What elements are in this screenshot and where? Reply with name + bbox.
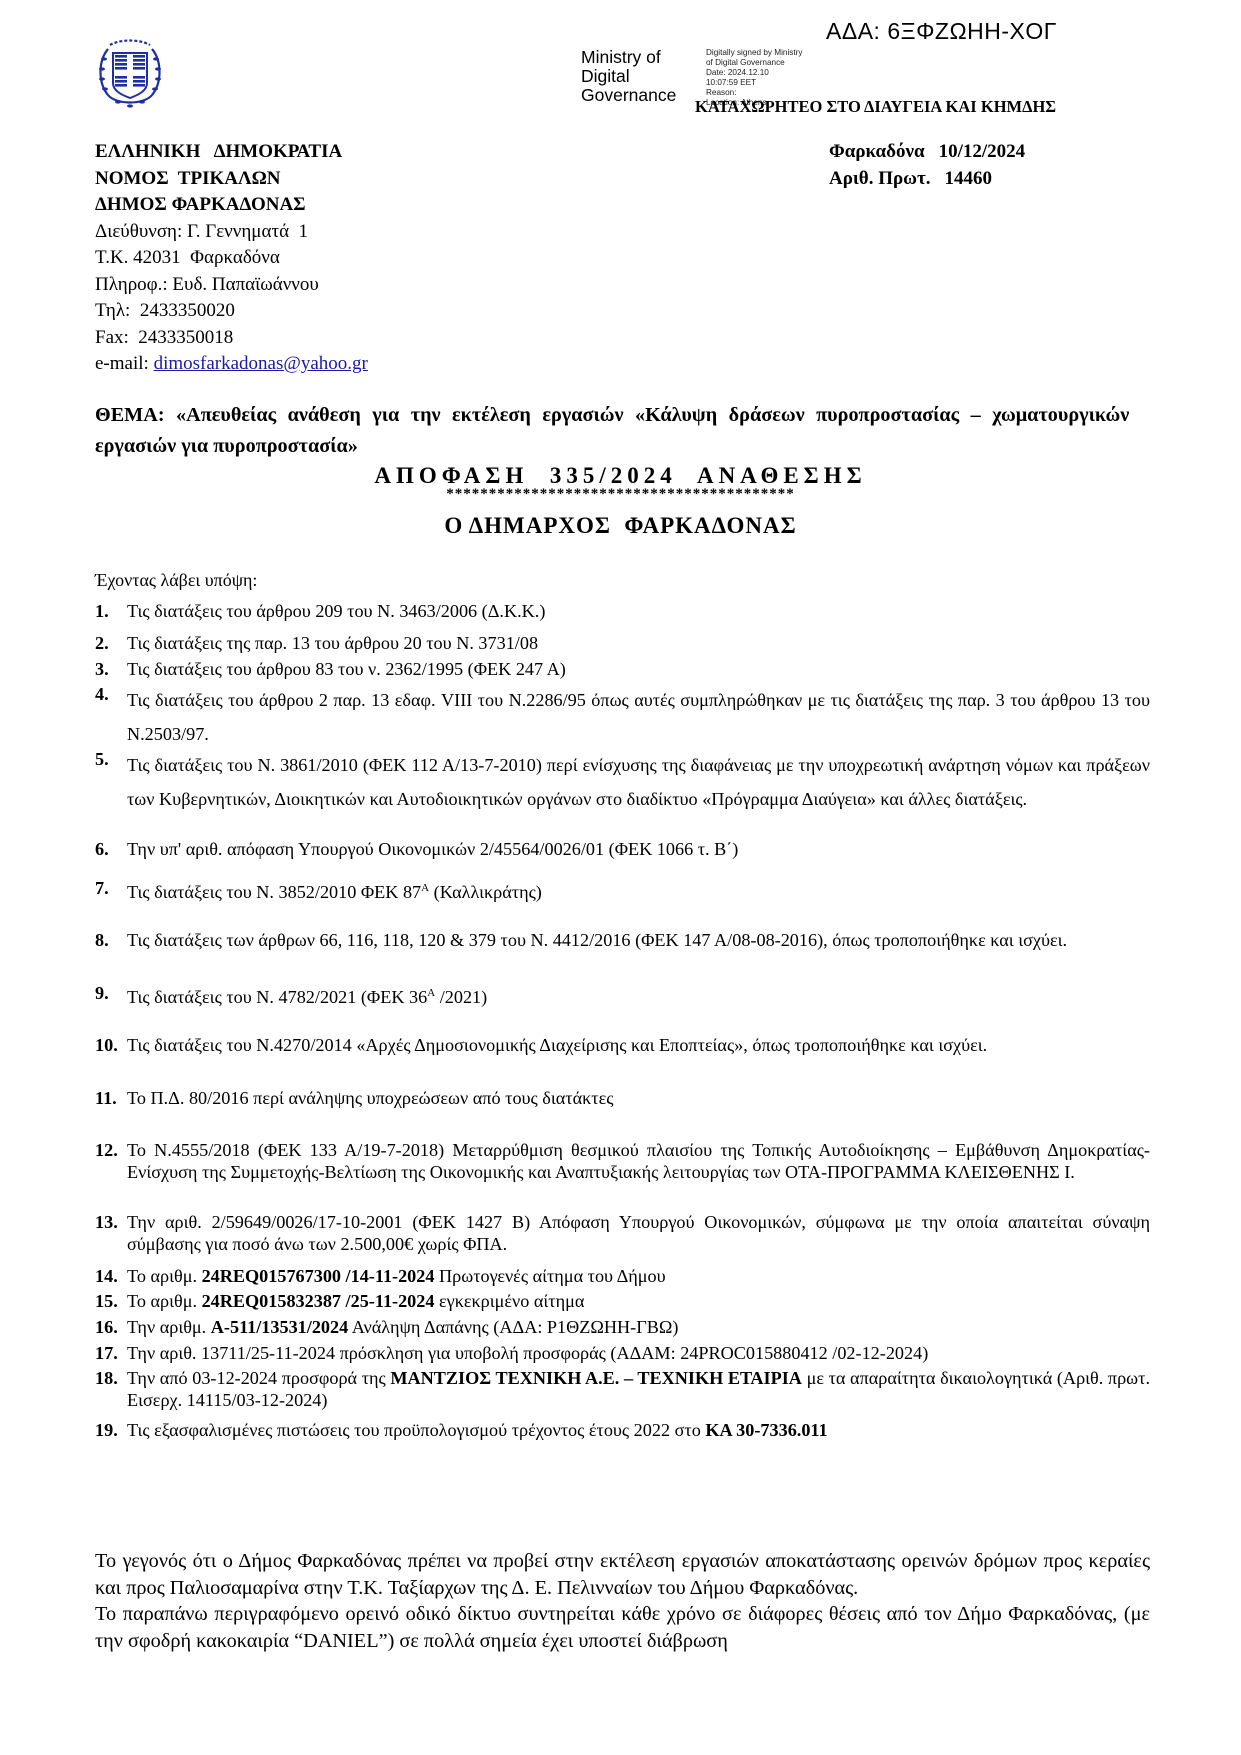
item-reference: Α-511/13531/2024 [211, 1317, 348, 1337]
digital-signature-ministry: Ministry of Digital Governance [581, 48, 676, 105]
item-number: 11. [95, 1087, 117, 1109]
consideration-item: 10.Τις διατάξεις του Ν.4270/2014 «Αρχές … [95, 1034, 1150, 1056]
item-number: 15. [95, 1290, 118, 1312]
item-number: 7. [95, 877, 109, 899]
consideration-item: 1.Τις διατάξεις του άρθρου 209 του Ν. 34… [95, 600, 1150, 622]
item-text: Τις διατάξεις της παρ. 13 του άρθρου 20 … [127, 632, 1150, 654]
item-reference: ΜΑΝΤΖΙΟΣ ΤΕΧΝΙΚΗ Α.Ε. – ΤΕΧΝΙΚΗ ΕΤΑΙΡΙΑ [390, 1368, 802, 1388]
sender-block: ΕΛΛΗΝΙΚΗ ΔΗΜΟΚΡΑΤΙΑ ΝΟΜΟΣ ΤΡΙΚΑΛΩΝ ΔΗΜΟΣ… [95, 139, 368, 378]
item-number: 13. [95, 1211, 118, 1233]
item-number: 17. [95, 1342, 118, 1364]
considerations-intro: Έχοντας λάβει υπόψη: [95, 570, 257, 591]
consideration-item: 12.Το Ν.4555/2018 (ΦΕΚ 133 Α/19-7-2018) … [95, 1139, 1150, 1183]
item-text: Την υπ' αριθ. απόφαση Υπουργού Οικονομικ… [127, 838, 1150, 860]
item-number: 9. [95, 982, 109, 1004]
body-text: Το γεγονός ότι ο Δήμος Φαρκαδόνας πρέπει… [95, 1548, 1150, 1654]
body-paragraph: Το γεγονός ότι ο Δήμος Φαρκαδόνας πρέπει… [95, 1548, 1150, 1601]
item-number: 6. [95, 838, 109, 860]
sender-prefecture: ΝΟΜΟΣ ΤΡΙΚΑΛΩΝ [95, 166, 368, 193]
email-label: e-mail: [95, 353, 154, 374]
decision-divider: ****************************************… [0, 487, 1241, 501]
sender-postal: Τ.Κ. 42031 Φαρκαδόνα [95, 245, 368, 272]
consideration-item: 17.Την αριθ. 13711/25-11-2024 πρόσκληση … [95, 1342, 1150, 1364]
body-paragraph: Το παραπάνω περιγραφόμενο ορεινό οδικό δ… [95, 1601, 1150, 1654]
item-text: Τις διατάξεις του Ν.4270/2014 «Αρχές Δημ… [127, 1034, 1150, 1056]
item-text: Την αριθμ. Α-511/13531/2024 Ανάληψη Δαπά… [127, 1316, 1150, 1338]
item-text: Τις διατάξεις των άρθρων 66, 116, 118, 1… [127, 929, 1150, 951]
signature-line: Digitally signed by Ministry [706, 48, 802, 58]
sender-address: Διεύθυνση: Γ. Γεννηματά 1 [95, 219, 368, 246]
sender-phone: Τηλ: 2433350020 [95, 298, 368, 325]
superscript: Α [427, 987, 435, 999]
item-text: Το αριθμ. 24REQ015832387 /25-11-2024 εγκ… [127, 1290, 1150, 1312]
item-number: 2. [95, 632, 109, 654]
superscript: Α [421, 882, 429, 894]
protocol-number: 14460 [945, 168, 993, 189]
item-text: Τις διατάξεις του άρθρου 209 του Ν. 3463… [127, 600, 1150, 622]
issuing-authority: Ο ΔΗΜΑΡΧΟΣ ΦΑΡΚΑΔΟΝΑΣ [0, 513, 1241, 539]
item-text: Τις διατάξεις του άρθρου 83 του ν. 2362/… [127, 658, 1150, 680]
consideration-item: 19.Τις εξασφαλισμένες πιστώσεις του προϋ… [95, 1419, 1150, 1441]
email-link[interactable]: dimosfarkadonas@yahoo.gr [154, 353, 368, 374]
item-text: Το Ν.4555/2018 (ΦΕΚ 133 Α/19-7-2018) Μετ… [127, 1139, 1150, 1183]
consideration-item: 16.Την αριθμ. Α-511/13531/2024 Ανάληψη Δ… [95, 1316, 1150, 1338]
item-text: Το Π.Δ. 80/2016 περί ανάληψης υποχρεώσεω… [127, 1087, 1150, 1109]
consideration-item: 11.Το Π.Δ. 80/2016 περί ανάληψης υποχρεώ… [95, 1087, 1150, 1109]
item-number: 5. [95, 748, 109, 770]
item-number: 19. [95, 1419, 118, 1441]
item-text: Το αριθμ. 24REQ015767300 /14-11-2024 Πρω… [127, 1265, 1150, 1287]
consideration-item: 14.Το αριθμ. 24REQ015767300 /14-11-2024 … [95, 1265, 1150, 1287]
sender-municipality: ΔΗΜΟΣ ΦΑΡΚΑΔΟΝΑΣ [95, 192, 368, 219]
item-text: Την αριθ. 13711/25-11-2024 πρόσκληση για… [127, 1342, 1150, 1364]
ministry-line: Governance [581, 86, 676, 105]
consideration-item: 2.Τις διατάξεις της παρ. 13 του άρθρου 2… [95, 632, 1150, 654]
item-number: 14. [95, 1265, 118, 1287]
sender-email-row: e-mail: dimosfarkadonas@yahoo.gr [95, 351, 368, 378]
item-number: 1. [95, 600, 109, 622]
signature-line: of Digital Governance [706, 58, 802, 68]
consideration-item: 6.Την υπ' αριθ. απόφαση Υπουργού Οικονομ… [95, 838, 1150, 860]
ada-code: ΑΔΑ: 6ΞΦΖΩΗΗ-ΧΟΓ [826, 18, 1057, 45]
subject: ΘΕΜΑ: «Απευθείας ανάθεση για την εκτέλεσ… [95, 400, 1129, 462]
item-reference: 24REQ015832387 /25-11-2024 [202, 1291, 435, 1311]
item-number: 16. [95, 1316, 118, 1338]
consideration-item: 3.Τις διατάξεις του άρθρου 83 του ν. 236… [95, 658, 1150, 680]
item-text: Τις διατάξεις του Ν. 4782/2021 (ΦΕΚ 36Α … [127, 982, 1150, 1008]
registration-note: ΚΑΤΑΧΩΡΗΤΕΟ ΣΤΟ ΔΙΑΥΓΕΙΑ ΚΑΙ ΚΗΜΔΗΣ [695, 97, 1056, 117]
consideration-item: 9.Τις διατάξεις του Ν. 4782/2021 (ΦΕΚ 36… [95, 982, 1150, 1008]
protocol-label: Αριθ. Πρωτ. [829, 168, 931, 189]
item-text: Τις διατάξεις του Ν. 3861/2010 (ΦΕΚ 112 … [127, 748, 1150, 816]
item-text: Τις διατάξεις του άρθρου 2 παρ. 13 εδαφ.… [127, 683, 1150, 751]
item-text: Τις διατάξεις του Ν. 3852/2010 ΦΕΚ 87Α (… [127, 877, 1150, 903]
document-meta: Φαρκαδόνα10/12/2024 Αριθ. Πρωτ.14460 [829, 139, 1025, 192]
item-reference: ΚΑ 30-7336.011 [705, 1420, 827, 1440]
consideration-item: 7.Τις διατάξεις του Ν. 3852/2010 ΦΕΚ 87Α… [95, 877, 1150, 903]
consideration-item: 4.Τις διατάξεις του άρθρου 2 παρ. 13 εδα… [95, 683, 1150, 751]
protocol-row: Αριθ. Πρωτ.14460 [829, 166, 1025, 193]
item-number: 3. [95, 658, 109, 680]
consideration-item: 13.Την αριθ. 2/59649/0026/17-10-2001 (ΦΕ… [95, 1211, 1150, 1255]
item-reference: 24REQ015767300 /14-11-2024 [202, 1266, 435, 1286]
consideration-item: 5.Τις διατάξεις του Ν. 3861/2010 (ΦΕΚ 11… [95, 748, 1150, 816]
sender-info: Πληροφ.: Ευδ. Παπαϊωάννου [95, 272, 368, 299]
document-date: 10/12/2024 [939, 141, 1026, 162]
item-number: 10. [95, 1034, 118, 1056]
sender-country: ΕΛΛΗΝΙΚΗ ΔΗΜΟΚΡΑΤΙΑ [95, 139, 368, 166]
signature-line: 10:07:59 EET [706, 78, 802, 88]
ministry-line: Digital [581, 67, 676, 86]
consideration-item: 18.Την από 03-12-2024 προσφορά της ΜΑΝΤΖ… [95, 1367, 1150, 1411]
item-number: 12. [95, 1139, 118, 1161]
consideration-item: 15.Το αριθμ. 24REQ015832387 /25-11-2024 … [95, 1290, 1150, 1312]
item-text: Τις εξασφαλισμένες πιστώσεις του προϋπολ… [127, 1419, 1150, 1441]
ministry-line: Ministry of [581, 48, 676, 67]
item-text: Την αριθ. 2/59649/0026/17-10-2001 (ΦΕΚ 1… [127, 1211, 1150, 1255]
item-number: 18. [95, 1367, 118, 1389]
greek-coat-of-arms-icon [96, 35, 164, 113]
consideration-item: 8.Τις διατάξεις των άρθρων 66, 116, 118,… [95, 929, 1150, 951]
signature-line: Date: 2024.12.10 [706, 68, 802, 78]
item-number: 8. [95, 929, 109, 951]
item-text: Την από 03-12-2024 προσφορά της ΜΑΝΤΖΙΟΣ… [127, 1367, 1150, 1411]
sender-fax: Fax: 2433350018 [95, 325, 368, 352]
place: Φαρκαδόνα [829, 141, 925, 162]
item-number: 4. [95, 683, 109, 705]
place-date-row: Φαρκαδόνα10/12/2024 [829, 139, 1025, 166]
